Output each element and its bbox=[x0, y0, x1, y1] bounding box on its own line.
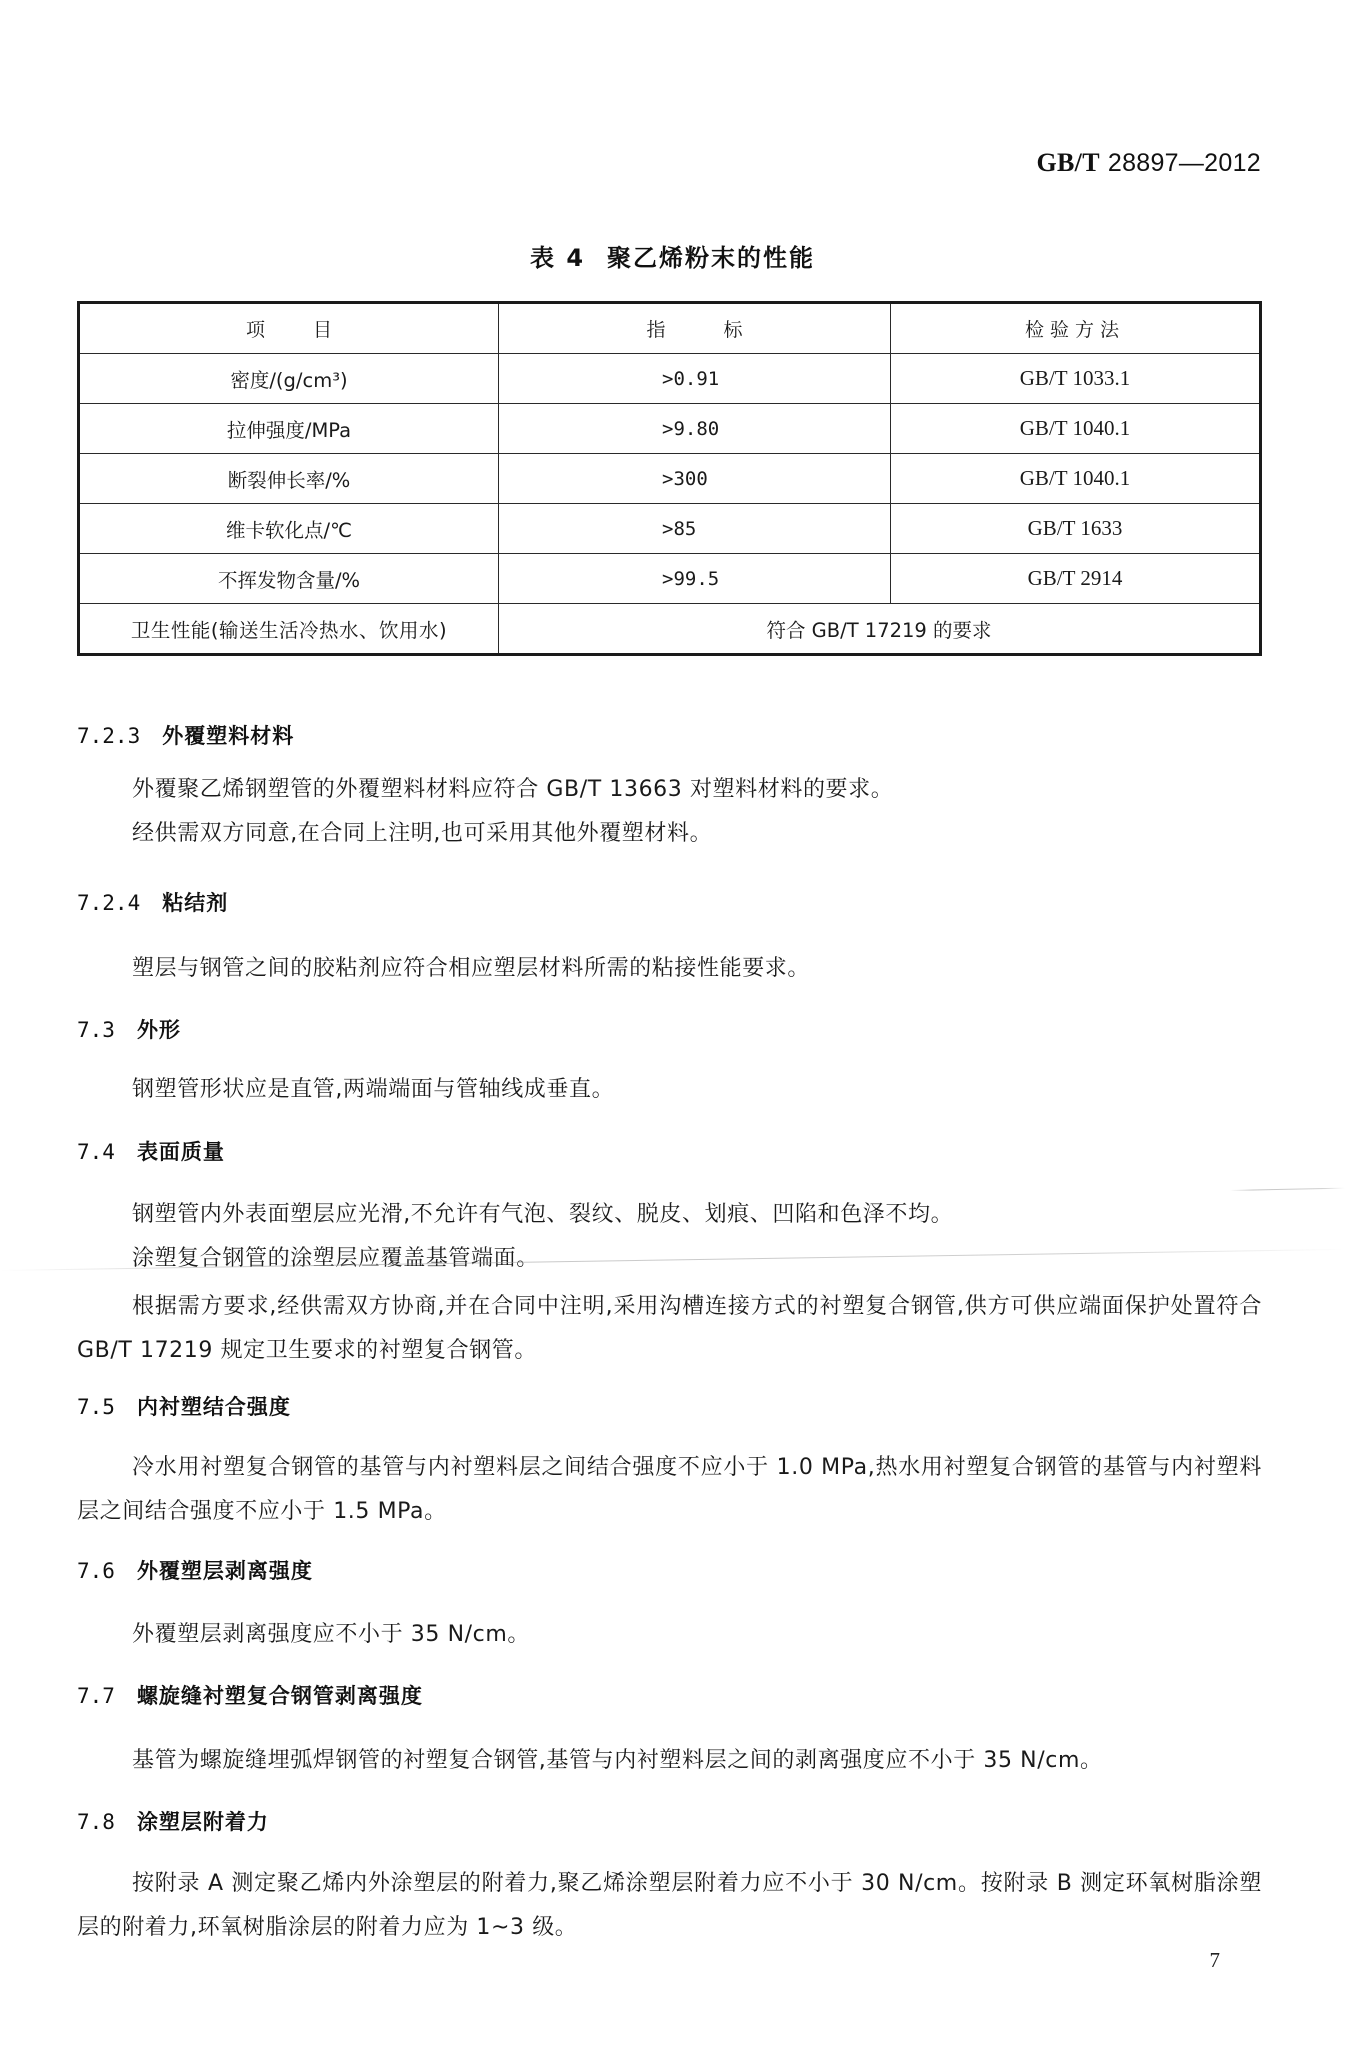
cell-item: 拉伸强度/MPa bbox=[79, 404, 499, 454]
table-row: 密度/(g/cm³) >0.91 GB/T 1033.1 bbox=[79, 354, 1261, 404]
section-title: 螺旋缝衬塑复合钢管剥离强度 bbox=[137, 1684, 423, 1708]
table-row: 维卡软化点/℃ >85 GB/T 1633 bbox=[79, 504, 1261, 554]
section-title: 外覆塑层剥离强度 bbox=[137, 1559, 313, 1583]
section-heading-7-8: 7.8涂塑层附着力 bbox=[77, 1806, 269, 1836]
table-title: 聚乙烯粉末的性能 bbox=[607, 244, 815, 272]
paragraph: 根据需方要求,经供需双方协商,并在合同中注明,采用沟槽连接方式的衬塑复合钢管,供… bbox=[77, 1285, 1262, 1373]
paragraph: 冷水用衬塑复合钢管的基管与内衬塑料层之间结合强度不应小于 1.0 MPa,热水用… bbox=[77, 1446, 1262, 1534]
page-number: 7 bbox=[1210, 1948, 1221, 1973]
cell-item: 不挥发物含量/% bbox=[79, 554, 499, 604]
standard-code-header: GB/T28897—2012 bbox=[1037, 148, 1261, 178]
section-number: 7.4 bbox=[77, 1140, 115, 1164]
section-heading-7-4: 7.4表面质量 bbox=[77, 1136, 225, 1166]
paragraph: 基管为螺旋缝埋弧焊钢管的衬塑复合钢管,基管与内衬塑料层之间的剥离强度应不小于 3… bbox=[77, 1739, 1262, 1783]
paragraph: 钢塑管形状应是直管,两端端面与管轴线成垂直。 bbox=[77, 1068, 1262, 1112]
table-row-hygiene: 卫生性能(输送生活冷热水、饮用水) 符合 GB/T 17219 的要求 bbox=[79, 604, 1261, 655]
section-title: 外形 bbox=[137, 1018, 181, 1042]
section-heading-7-7: 7.7螺旋缝衬塑复合钢管剥离强度 bbox=[77, 1680, 423, 1710]
paragraph: 塑层与钢管之间的胶粘剂应符合相应塑层材料所需的粘接性能要求。 bbox=[77, 947, 1262, 991]
cell-index: >0.91 bbox=[499, 354, 891, 404]
polyethylene-powder-properties-table: 项目 指标 检验方法 密度/(g/cm³) >0.91 GB/T 1033.1 … bbox=[77, 301, 1262, 656]
section-title: 表面质量 bbox=[137, 1140, 225, 1164]
cell-method: GB/T 1040.1 bbox=[891, 454, 1261, 504]
section-title: 内衬塑结合强度 bbox=[137, 1395, 291, 1419]
section-number: 7.6 bbox=[77, 1559, 115, 1583]
cell-method: GB/T 1633 bbox=[891, 504, 1261, 554]
section-number: 7.7 bbox=[77, 1684, 115, 1708]
section-number: 7.8 bbox=[77, 1810, 115, 1834]
table-row: 不挥发物含量/% >99.5 GB/T 2914 bbox=[79, 554, 1261, 604]
section-heading-7-3: 7.3外形 bbox=[77, 1014, 181, 1044]
paragraph: 钢塑管内外表面塑层应光滑,不允许有气泡、裂纹、脱皮、划痕、凹陷和色泽不均。 bbox=[77, 1193, 1262, 1237]
section-heading-7-5: 7.5内衬塑结合强度 bbox=[77, 1391, 291, 1421]
column-header-item: 项目 bbox=[79, 303, 499, 354]
scan-artifact-line bbox=[1230, 1188, 1345, 1191]
cell-index: >9.80 bbox=[499, 404, 891, 454]
cell-item: 卫生性能(输送生活冷热水、饮用水) bbox=[79, 604, 499, 655]
table-caption: 表 4聚乙烯粉末的性能 bbox=[0, 238, 1345, 273]
standard-number: 28897—2012 bbox=[1108, 149, 1261, 177]
cell-index: >85 bbox=[499, 504, 891, 554]
standard-prefix: GB/T bbox=[1037, 148, 1100, 177]
cell-index: >99.5 bbox=[499, 554, 891, 604]
column-header-test-method: 检验方法 bbox=[891, 303, 1261, 354]
section-heading-7-6: 7.6外覆塑层剥离强度 bbox=[77, 1555, 313, 1585]
section-heading-7-2-4: 7.2.4粘结剂 bbox=[77, 887, 228, 917]
paragraph: 外覆聚乙烯钢塑管的外覆塑料材料应符合 GB/T 13663 对塑料材料的要求。 bbox=[77, 768, 1262, 812]
column-header-index: 指标 bbox=[499, 303, 891, 354]
section-number: 7.2.4 bbox=[77, 891, 140, 915]
section-title: 外覆塑料材料 bbox=[162, 724, 294, 748]
section-number: 7.3 bbox=[77, 1018, 115, 1042]
paragraph: 经供需双方同意,在合同上注明,也可采用其他外覆塑材料。 bbox=[77, 812, 1262, 856]
section-heading-7-2-3: 7.2.3外覆塑料材料 bbox=[77, 720, 294, 750]
section-number: 7.2.3 bbox=[77, 724, 140, 748]
table-header-row: 项目 指标 检验方法 bbox=[79, 303, 1261, 354]
cell-merged-requirement: 符合 GB/T 17219 的要求 bbox=[499, 604, 1261, 655]
section-title: 涂塑层附着力 bbox=[137, 1810, 269, 1834]
cell-method: GB/T 1033.1 bbox=[891, 354, 1261, 404]
cell-item: 维卡软化点/℃ bbox=[79, 504, 499, 554]
cell-item: 断裂伸长率/% bbox=[79, 454, 499, 504]
table-row: 拉伸强度/MPa >9.80 GB/T 1040.1 bbox=[79, 404, 1261, 454]
cell-method: GB/T 1040.1 bbox=[891, 404, 1261, 454]
table-row: 断裂伸长率/% >300 GB/T 1040.1 bbox=[79, 454, 1261, 504]
section-title: 粘结剂 bbox=[162, 891, 228, 915]
cell-item: 密度/(g/cm³) bbox=[79, 354, 499, 404]
document-page: GB/T28897—2012 表 4聚乙烯粉末的性能 项目 指标 检验方法 密度… bbox=[0, 0, 1345, 2048]
cell-index: >300 bbox=[499, 454, 891, 504]
table-label: 表 4 bbox=[530, 244, 585, 272]
paragraph: 按附录 A 测定聚乙烯内外涂塑层的附着力,聚乙烯涂塑层附着力应不小于 30 N/… bbox=[77, 1862, 1262, 1950]
cell-method: GB/T 2914 bbox=[891, 554, 1261, 604]
paragraph: 外覆塑层剥离强度应不小于 35 N/cm。 bbox=[77, 1613, 1262, 1657]
section-number: 7.5 bbox=[77, 1395, 115, 1419]
